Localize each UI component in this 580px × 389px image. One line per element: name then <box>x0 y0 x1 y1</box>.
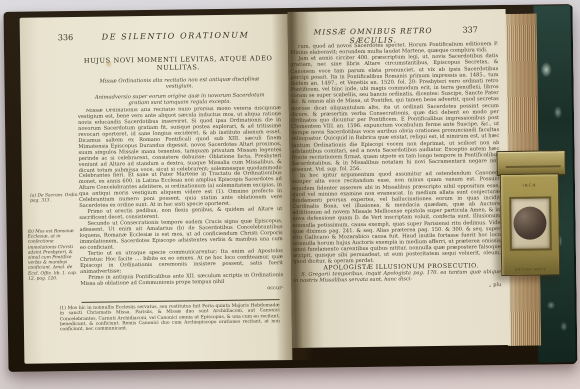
left-running-title: DE SILENTIO ORATIONUM <box>73 30 278 42</box>
right-page: MISSÆ OMNIBUS RETRO SÆCULIS. 337 rum, qu… <box>288 9 511 348</box>
loupe-hinged-plate <box>497 150 566 176</box>
brass-loupe-magnifier: INCH BRITISH MADE <box>497 150 566 278</box>
left-body-text: Missæ Ordinationis alta recitatio nullo … <box>78 106 284 301</box>
body-paragraph: Jam et annis circiter 400. præscriptum l… <box>290 53 500 173</box>
right-body-text: rum, quod ad novos Sacerdotes spectet. H… <box>290 41 502 344</box>
margin-note-b: (b) Mos est Romanæ Ecclesiæ, ut in confe… <box>28 229 81 282</box>
body-paragraph: Missæ Ordinationis alta recitatio nullo … <box>78 106 282 210</box>
loupe-lens <box>513 206 546 239</box>
open-book: 336 DE SILENTIO ORATIONUM HUJUS NOVI MOM… <box>4 4 577 372</box>
left-page-header: 336 DE SILENTIO ORATIONUM <box>58 30 278 42</box>
left-page-number: 336 <box>58 33 73 42</box>
loupe-engraving-inch: INCH <box>501 182 558 188</box>
section-heading: HUJUS NOVI MOMENTI LEVITAS, ATQUE ADEO N… <box>76 54 280 73</box>
subtitle-1: Missæ Ordinationis alta recitatio non es… <box>90 76 268 91</box>
margin-note-a: (a) De Sacram. Ordin. pag. 313. <box>30 193 82 204</box>
loupe-frame: INCH BRITISH MADE <box>500 173 560 276</box>
loupe-engraving-british-made: BRITISH MADE <box>502 267 559 272</box>
right-page-number: 337 <box>462 25 477 34</box>
loupe-window <box>509 196 552 251</box>
body-paragraph: Secundo ut Consecrationis tempore eadem … <box>79 219 282 252</box>
footnote: (1) Mos hic in nonnullis Ecclesiis serva… <box>60 303 280 333</box>
subtitle-2: Animadversio super eorum origine quæ in … <box>91 92 269 107</box>
left-page: 336 DE SILENTIO ORATIONUM HUJUS NOVI MOM… <box>20 14 293 364</box>
body-paragraph: In hoc igitur argumentum quod assumitur … <box>292 170 501 265</box>
